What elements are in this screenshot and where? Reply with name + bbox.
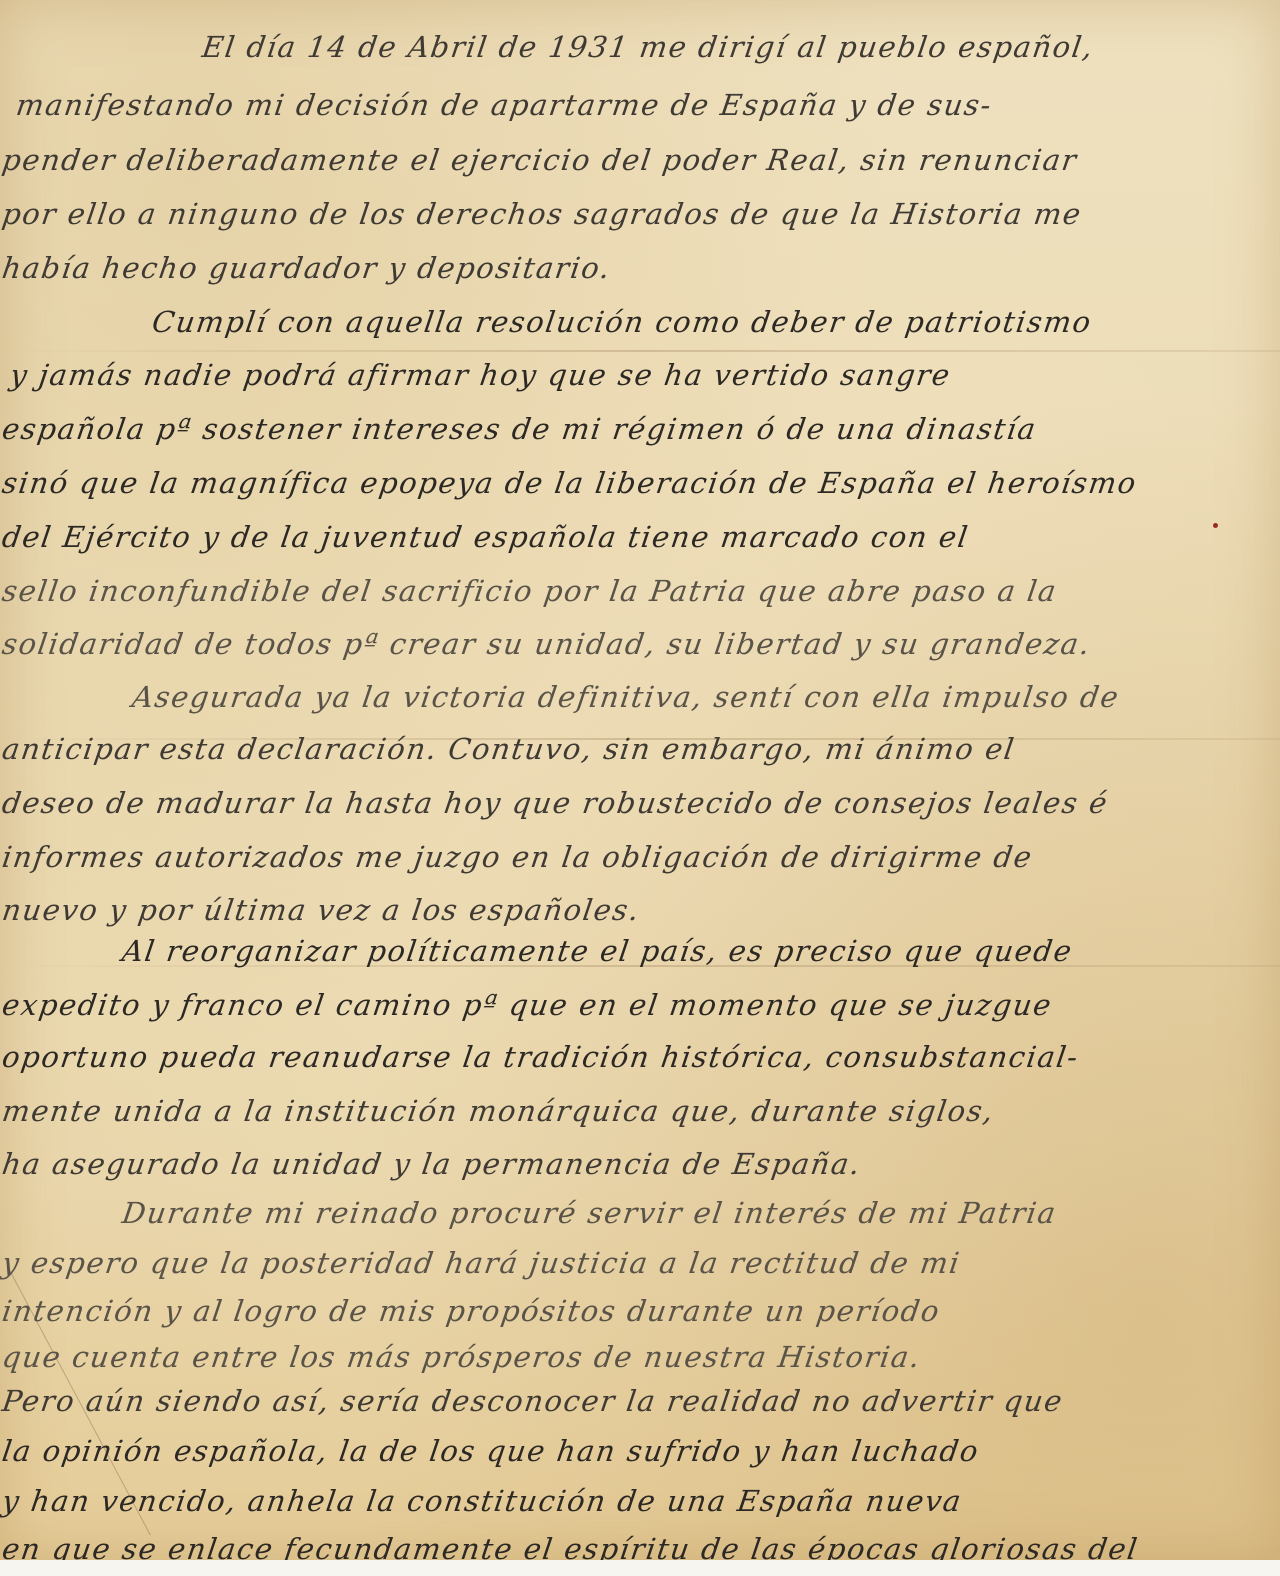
- manuscript-line: pender deliberadamente el ejercicio del …: [0, 143, 1080, 177]
- manuscript-line: sinó que la magnífica epopeya de la libe…: [0, 466, 1139, 500]
- manuscript-line: y espero que la posteridad hará justicia…: [0, 1246, 963, 1280]
- manuscript-line: solidaridad de todos pª crear su unidad,…: [0, 627, 1093, 661]
- manuscript-line: por ello a ninguno de los derechos sagra…: [0, 197, 1084, 231]
- manuscript-line: la opinión española, la de los que han s…: [0, 1434, 982, 1468]
- manuscript-line: que cuenta entre los más prósperos de nu…: [0, 1340, 923, 1374]
- manuscript-line: del Ejército y de la juventud española t…: [0, 520, 971, 554]
- manuscript-line: y jamás nadie podrá afirmar hoy que se h…: [8, 358, 953, 392]
- manuscript-line: Pero aún siendo así, sería desconocer la…: [0, 1384, 1066, 1418]
- manuscript-line: expedito y franco el camino pª que en el…: [0, 988, 1055, 1022]
- manuscript-line: había hecho guardador y depositario.: [0, 251, 613, 285]
- manuscript-line: anticipar esta declaración. Contuvo, sin…: [0, 732, 1017, 766]
- manuscript-line: intención y al logro de mis propósitos d…: [0, 1294, 943, 1328]
- scan-margin: [0, 1560, 1280, 1576]
- manuscript-page: El día 14 de Abril de 1931 me dirigí al …: [0, 0, 1280, 1560]
- manuscript-line: Asegurada ya la victoria definitiva, sen…: [130, 680, 1122, 714]
- manuscript-line: Al reorganizar políticamente el país, es…: [120, 934, 1075, 968]
- manuscript-line: manifestando mi decisión de apartarme de…: [14, 88, 995, 122]
- manuscript-line: Cumplí con aquella resolución como deber…: [150, 305, 1094, 339]
- manuscript-line: deseo de madurar la hasta hoy que robust…: [0, 786, 1111, 820]
- manuscript-line: ha asegurado la unidad y la permanencia …: [0, 1147, 863, 1181]
- paper-fold-crease: [0, 350, 1280, 352]
- manuscript-line: nuevo y por última vez a los españoles.: [0, 893, 642, 927]
- manuscript-line: Durante mi reinado procuré servir el int…: [120, 1196, 1059, 1230]
- manuscript-line: mente unida a la institución monárquica …: [0, 1094, 997, 1128]
- manuscript-line: española pª sostener intereses de mi rég…: [0, 412, 1039, 446]
- red-ink-mark: [1213, 523, 1218, 528]
- manuscript-line: y han vencido, anhela la constitución de…: [0, 1484, 964, 1518]
- manuscript-line: informes autorizados me juzgo en la obli…: [0, 840, 1035, 874]
- manuscript-line: El día 14 de Abril de 1931 me dirigí al …: [200, 30, 1096, 64]
- manuscript-line: oportuno pueda reanudarse la tradición h…: [0, 1040, 1081, 1074]
- manuscript-line: sello inconfundible del sacrificio por l…: [0, 574, 1060, 608]
